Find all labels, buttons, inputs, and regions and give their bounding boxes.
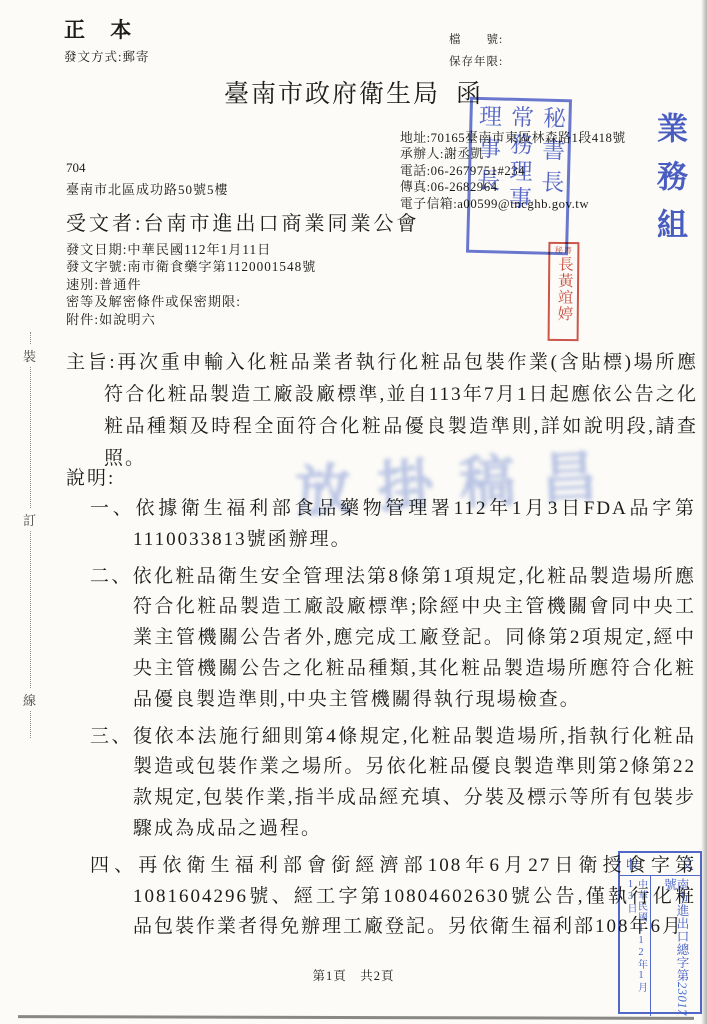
issuing-agency: 臺南市政府衛生局 <box>224 81 440 108</box>
file-number-label: 檔 號: <box>449 31 503 47</box>
send-method: 發文方式:郵寄 <box>64 47 149 65</box>
attachment-note: 附件:如說明六 <box>66 311 316 328</box>
binding-mark: 線 <box>23 688 36 711</box>
seal-name: 長黃竩婷 <box>554 256 573 322</box>
received-date-column: 中華民國112年1月13日 <box>620 876 650 1016</box>
explanation-label: 說明: <box>66 463 115 490</box>
item-text: 依化粧品衛生安全管理法第8條第1項規定,化粧品製造場所應符合化粧品製造工廠設廠標… <box>133 566 696 710</box>
retention-label: 保存年限: <box>449 53 503 69</box>
item-text: 復依本法施行細則第4條規定,化粧品製造場所,指執行化粧品製造或包裝作業之場所。另… <box>133 726 696 839</box>
page-number: 第1頁 共2頁 <box>0 966 707 984</box>
item-number: 一、 <box>90 498 135 519</box>
binding-mark: 訂 <box>23 508 36 531</box>
binding-dotted-line <box>30 332 31 738</box>
recipient-zip: 704 <box>66 160 86 176</box>
received-header-left: 收 <box>626 854 639 873</box>
scan-bottom-line <box>18 1015 694 1020</box>
executive-routing-stamp: 理事長 常務理事 秘書長 <box>466 97 572 256</box>
received-no-prefix: 南市進出口總 <box>675 878 689 956</box>
subject-label: 主旨: <box>66 352 117 373</box>
security-class: 密等及解密條件或保密期限: <box>66 293 316 310</box>
stamp-column-chairman: 理事長 <box>475 100 501 201</box>
item-number: 三、 <box>90 726 133 747</box>
explanation-item: 三、復依本法施行細則第4條規定,化粧品製造場所,指執行化粧品製造或包裝作業之場所… <box>90 722 696 845</box>
stamp-column-managing-director: 常務理事 <box>507 101 533 214</box>
received-stamp: 收 文 中華民國112年1月13日 南市進出口總字第23017號 <box>618 851 702 1014</box>
recipient-street: 臺南市北區成功路50號5樓 <box>66 179 229 198</box>
item-number: 四、 <box>90 855 138 876</box>
explanation-item: 四、再依衛生福利部會銜經濟部108年6月27日衛授食字第1081604296號、… <box>90 851 696 943</box>
explanation-item: 二、依化粧品衛生安全管理法第8條第1項規定,化粧品製造場所應符合化粧品製造工廠設… <box>90 562 696 716</box>
speed-class: 速別:普通件 <box>66 276 316 293</box>
item-text: 再依衛生福利部會銜經濟部108年6月27日衛授食字第1081604296號、經工… <box>133 855 696 938</box>
received-number-column: 南市進出口總字第23017號 <box>650 876 700 1016</box>
seal-title-small: 秘書 <box>555 244 573 256</box>
issue-date: 發文日期:中華民國112年1月11日 <box>66 241 316 258</box>
document-meta-block: 發文日期:中華民國112年1月11日 發文字號:南市衛食藥字第112000154… <box>66 241 316 328</box>
received-no-number: 23017 <box>675 982 689 1016</box>
scan-edge-shadow <box>701 0 707 1024</box>
binding-mark: 裝 <box>23 344 36 367</box>
received-header-right: 文 <box>681 854 694 873</box>
received-date: 中華民國112年1月13日 <box>625 879 646 1016</box>
received-stamp-header: 收 文 <box>620 853 700 876</box>
item-number: 二、 <box>90 566 133 587</box>
copy-type-mark: 正 本 <box>64 14 141 44</box>
received-no-suffix: 號 <box>663 878 677 891</box>
explanation-items: 一、依據衛生福利部食品藥物管理署112年1月3日FDA品字第1110033813… <box>90 494 696 949</box>
secretary-name-seal: 秘書 長黃竩婷 <box>548 242 580 341</box>
doc-number: 發文字號:南市衛食藥字第1120001548號 <box>66 258 316 275</box>
recipient-line: 受文者:台南市進出口商業同業公會 <box>66 207 420 236</box>
scanned-official-letter: 正 本 發文方式:郵寄 檔 號: 保存年限: 臺南市政府衛生局函 地址:7016… <box>0 0 707 1024</box>
stamp-column-secretary-general: 秘書長 <box>539 102 565 203</box>
business-group-stamp: 業務組 <box>654 112 685 260</box>
document-title: 臺南市政府衛生局函 <box>0 74 707 110</box>
received-no-mid: 字第 <box>675 956 689 982</box>
